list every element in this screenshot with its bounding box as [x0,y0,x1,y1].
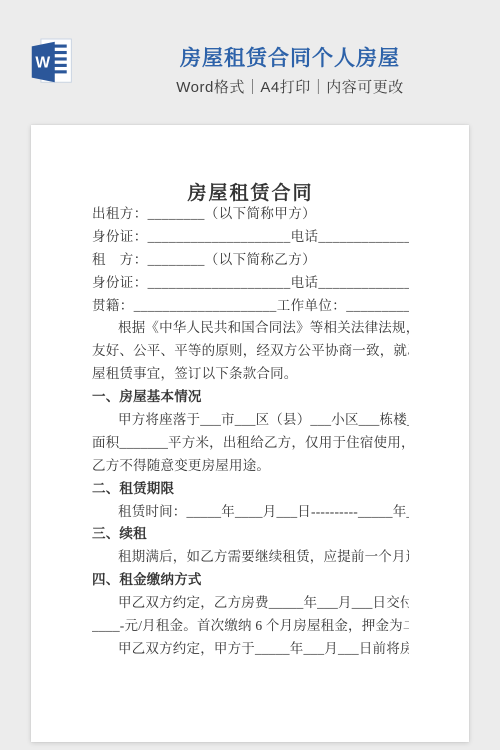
template-preview-page: W 房屋租赁合同个人房屋 Word格式｜A4打印｜内容可更改 房屋租赁合同 出租… [0,0,500,750]
contract-line: 三、续租 [92,523,409,546]
page-subtitle: Word格式｜A4打印｜内容可更改 [90,76,490,97]
contract-body: 出租方：________（以下简称甲方）身份证：________________… [92,203,409,661]
contract-line: 出租方：________（以下简称甲方） [92,203,409,226]
contract-line: 面积_______平方米，出租给乙方，仅用于住宿使用，非经营性使用， [92,432,409,455]
contract-line: 一、房屋基本情况 [92,386,409,409]
contract-line: 身份证：____________________电话______________… [92,272,409,295]
word-icon-letter: W [35,55,50,72]
contract-line: 租期满后，如乙方需要继续租赁，应提前一个月通知甲方。 [92,546,409,569]
contract-line: 屋租赁事宜，签订以下条款合同。 [92,363,409,386]
contract-title: 房屋租赁合同 [92,125,409,181]
contract-line: 甲方将座落于___市___区（县）___小区___栋楼___单元房屋， [92,409,409,432]
contract-line: 租 方：________（以下简称乙方） [92,249,409,272]
contract-line: 二、租赁期限 [92,478,409,501]
contract-line: 四、租金缴纳方式 [92,569,409,592]
contract-line: 根据《中华人民共和国合同法》等相关法律法规，甲乙双方本着 [92,317,409,340]
page-title: 房屋租赁合同个人房屋 [90,42,490,72]
contract-line: 甲乙双方约定，甲方于_____年___月___日前将房屋交付给乙方， [92,638,409,661]
contract-line: ____-元/月租金。首次缴纳 6 个月房屋租金，押金为二个月房费。 [92,615,409,638]
contract-line: 友好、公平、平等的原则，经双方公平协商一致，就乙方承租甲方房 [92,340,409,363]
contract-line: 乙方不得随意变更房屋用途。 [92,455,409,478]
contract-line: 贯籍：____________________工作单位：____________… [92,295,409,318]
header: W 房屋租赁合同个人房屋 Word格式｜A4打印｜内容可更改 [0,0,500,112]
document-page: 房屋租赁合同 出租方：________（以下简称甲方）身份证：_________… [31,125,469,742]
contract-line: 租赁时间：_____年____月___日----------_____年____… [92,501,409,524]
word-icon: W [29,37,75,87]
contract-line: 身份证：____________________电话______________… [92,226,409,249]
contract-line: 甲乙双方约定，乙方房费_____年___月___日交付甲方，该房屋 [92,592,409,615]
